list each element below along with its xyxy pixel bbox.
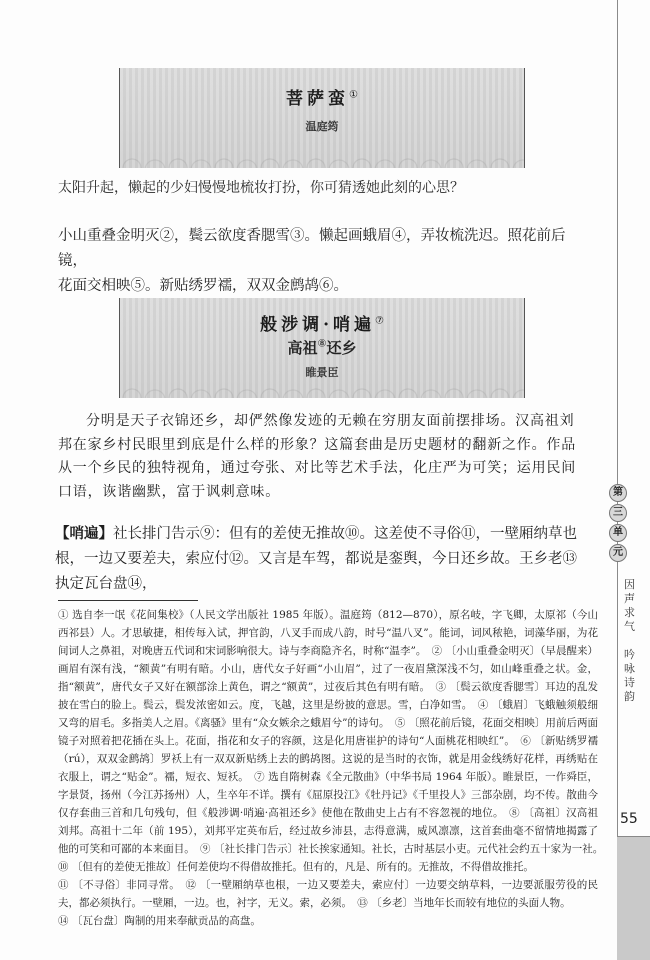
unit-tab: 第 三 单 元 <box>609 484 627 564</box>
unit-tab-char: 单 <box>609 524 627 542</box>
page-edge-block <box>617 836 650 960</box>
poem2-title-banner: 般涉调·哨遍⑦ 高祖⑧还乡 睢景臣 <box>119 298 525 398</box>
unit-tab-char: 三 <box>609 504 627 522</box>
footnote-block: ① 选自李一氓《花间集校》（人民文学出版社 1985 年版）。温庭筠（812—8… <box>58 606 598 876</box>
unit-topic-2: 吟咏诗韵 <box>624 648 638 704</box>
wave-ornament <box>120 148 524 168</box>
unit-topics: 因声求气 吟咏诗韵 <box>624 578 638 718</box>
poem1-intro-text: 太阳升起，懒起的少妇慢慢地梳妆打扮，你可猜透她此刻的心思？ <box>58 180 464 196</box>
poem1-body: 小山重叠金明灭②，鬓云欲度香腮雪③。懒起画蛾眉④，弄妆梳洗迟。照花前后镜， 花面… <box>58 224 588 299</box>
page-number: 55 <box>620 811 638 827</box>
poem1-title-footnote-ref[interactable]: ① <box>349 90 358 101</box>
qu-text: 社长排门告示⑨：但有的差使无推故⑩。这差使不寻俗⑪，一壁厢纳草也根，一边又要差夫… <box>55 526 577 592</box>
qu-tune-label: 【哨遍】 <box>55 525 113 542</box>
textbook-page: 菩萨蛮① 温庭筠 太阳升起，懒起的少妇慢慢地梳妆打扮，你可猜透她此刻的心思？ 小… <box>0 0 650 960</box>
wave-ornament <box>120 378 524 398</box>
poem2-body: 【哨遍】社长排门告示⑨：但有的差使无推故⑩。这差使不寻俗⑪，一壁厢纳草也根，一边… <box>55 521 590 597</box>
poem1-author: 温庭筠 <box>306 120 339 133</box>
poem2-title-footnote-ref[interactable]: ⑦ <box>375 316 384 327</box>
poem2-intro-text: 分明是天子衣锦还乡，却俨然像发迹的无赖在穷朋友面前摆排场。汉高祖刘邦在家乡村民眼… <box>58 413 576 500</box>
side-rail-line <box>617 0 618 836</box>
poem1-line-2: 花面交相映⑤。新贴绣罗襦，双双金鹧鸪⑥。 <box>58 274 588 299</box>
footnote-block: ⑪ 〔不寻俗〕非同寻常。 ⑫ 〔一壁厢纳草也根，一边又要差夫，索应付〕一边要交纳… <box>58 876 598 912</box>
unit-topic-1: 因声求气 <box>624 578 638 634</box>
unit-tab-char: 元 <box>609 544 627 562</box>
poem1-title-banner: 菩萨蛮① 温庭筠 <box>119 68 525 168</box>
poem1-line-1: 小山重叠金明灭②，鬓云欲度香腮雪③。懒起画蛾眉④，弄妆梳洗迟。照花前后镜， <box>58 224 588 274</box>
footnote-divider <box>58 600 198 601</box>
poem2-subtitle-a: 高祖 <box>288 339 318 357</box>
footnote-block: ⑭ 〔瓦台盘〕陶制的用来奉献贡品的高盘。 <box>58 912 598 930</box>
footnotes: ① 选自李一氓《花间集校》（人民文学出版社 1985 年版）。温庭筠（812—8… <box>58 606 598 930</box>
poem2-intro: 分明是天子衣锦还乡，却俨然像发迹的无赖在穷朋友面前摆排场。汉高祖刘邦在家乡村民眼… <box>58 410 588 504</box>
poem1-title: 菩萨蛮 <box>286 89 349 109</box>
poem1-intro: 太阳升起，懒起的少妇慢慢地梳妆打扮，你可猜透她此刻的心思？ <box>58 177 588 200</box>
poem2-subtitle-b: 还乡 <box>326 339 356 357</box>
poem2-title: 般涉调·哨遍 <box>260 315 375 335</box>
unit-tab-char: 第 <box>609 484 627 502</box>
